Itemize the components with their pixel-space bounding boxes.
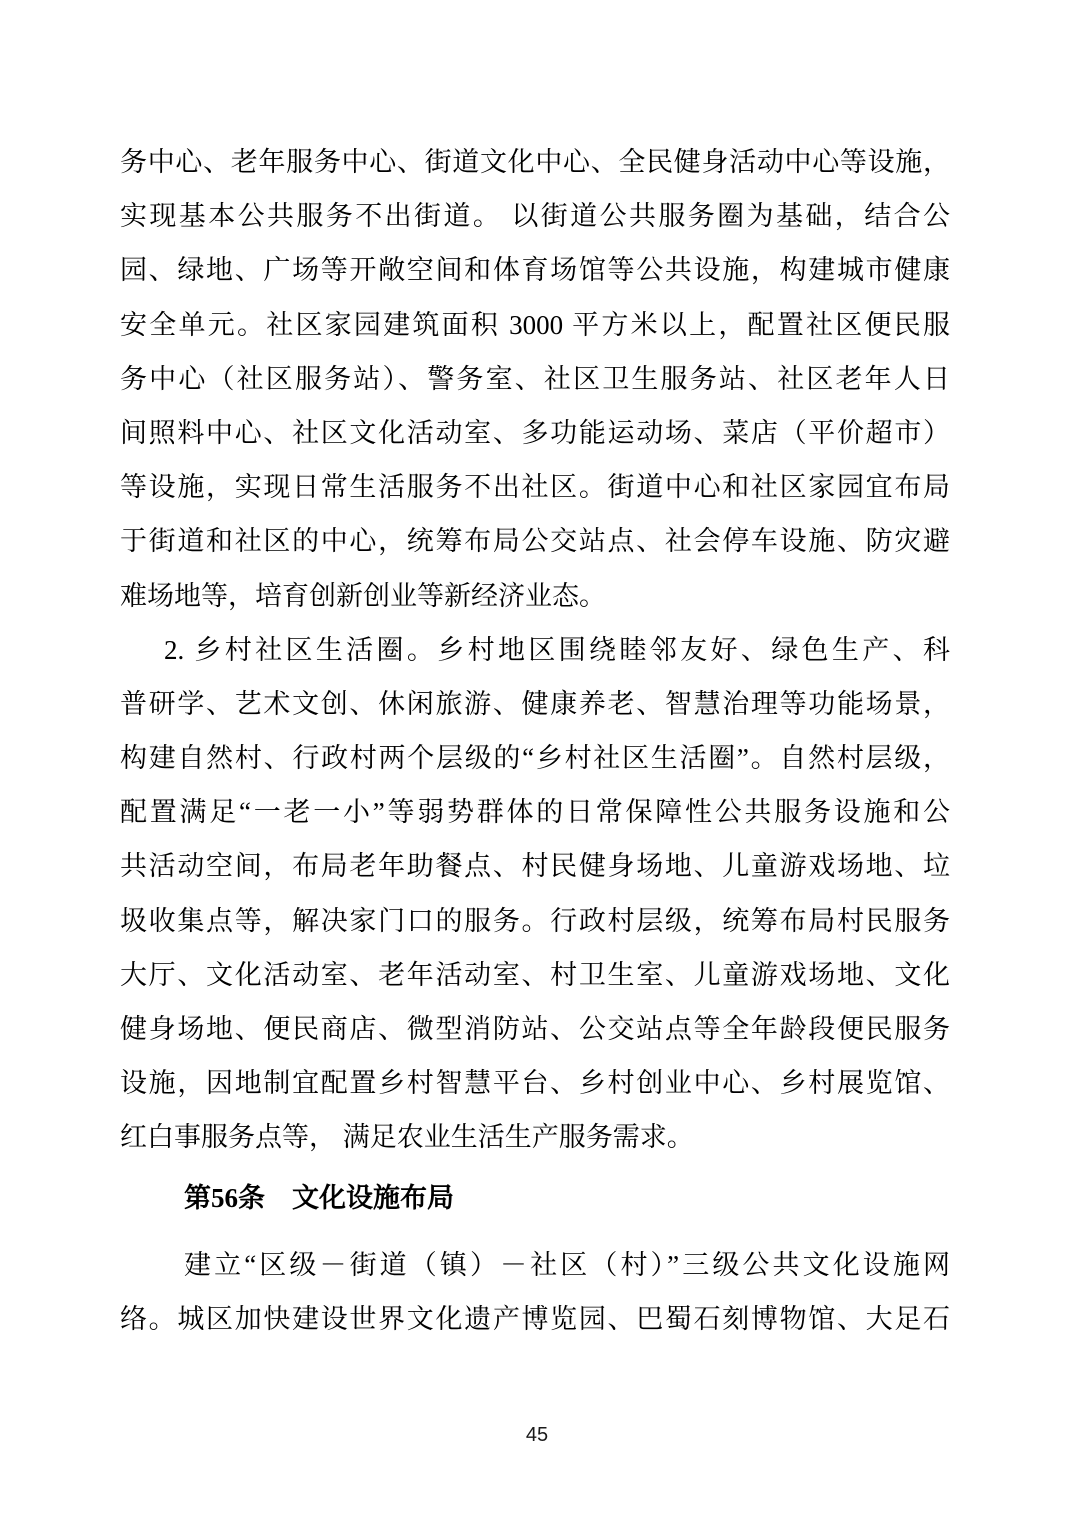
text-line-paragraph-start: 2. 乡村社区生活圈。乡村地区围绕睦邻友好、绿色生产、科 — [120, 623, 950, 677]
text-line: 实现基本公共服务不出街道。 以街道公共服务圈为基础，结合公 — [120, 189, 950, 243]
document-page: 务中心、老年服务中心、街道文化中心、全民健身活动中心等设施， 实现基本公共服务不… — [0, 0, 1074, 1520]
text-line: 普研学、艺术文创、休闲旅游、健康养老、智慧治理等功能场景， — [120, 677, 950, 731]
text-line-paragraph-start: 建立“区级－街道（镇）－社区（村）”三级公共文化设施网 — [120, 1238, 950, 1292]
text-line: 务中心、老年服务中心、街道文化中心、全民健身活动中心等设施， — [120, 135, 950, 189]
text-line: 配置满足“一老一小”等弱势群体的日常保障性公共服务设施和公 — [120, 785, 950, 839]
text-line: 构建自然村、行政村两个层级的“乡村社区生活圈”。自然村层级， — [120, 731, 950, 785]
text-line-paragraph-end: 难场地等，培育创新创业等新经济业态。 — [120, 569, 950, 623]
text-line: 园、绿地、广场等开敞空间和体育场馆等公共设施，构建城市健康 — [120, 243, 950, 297]
text-line: 务中心（社区服务站）、警务室、社区卫生服务站、社区老年人日 — [120, 352, 950, 406]
text-line: 络。城区加快建设世界文化遗产博览园、巴蜀石刻博物馆、大足石 — [120, 1292, 950, 1346]
text-line-paragraph-end: 红白事服务点等， 满足农业生活生产服务需求。 — [120, 1110, 950, 1164]
text-line: 间照料中心、社区文化活动室、多功能运动场、菜店（平价超市） — [120, 406, 950, 460]
page-number: 45 — [0, 1424, 1074, 1447]
text-line: 等设施，实现日常生活服务不出社区。街道中心和社区家园宜布局 — [120, 460, 950, 514]
text-line: 设施，因地制宜配置乡村智慧平台、乡村创业中心、乡村展览馆、 — [120, 1056, 950, 1110]
section-heading-article-56: 第56条 文化设施布局 — [120, 1171, 950, 1225]
text-line: 大厅、文化活动室、老年活动室、村卫生室、儿童游戏场地、文化 — [120, 948, 950, 1002]
page-text-block: 务中心、老年服务中心、街道文化中心、全民健身活动中心等设施， 实现基本公共服务不… — [120, 135, 950, 1346]
text-line: 于街道和社区的中心，统筹布局公交站点、社会停车设施、防灾避 — [120, 514, 950, 568]
text-line: 安全单元。社区家园建筑面积 3000 平方米以上，配置社区便民服 — [120, 298, 950, 352]
text-line: 圾收集点等，解决家门口的服务。行政村层级，统筹布局村民服务 — [120, 894, 950, 948]
text-line: 共活动空间，布局老年助餐点、村民健身场地、儿童游戏场地、垃 — [120, 839, 950, 893]
text-line: 健身场地、便民商店、微型消防站、公交站点等全年龄段便民服务 — [120, 1002, 950, 1056]
